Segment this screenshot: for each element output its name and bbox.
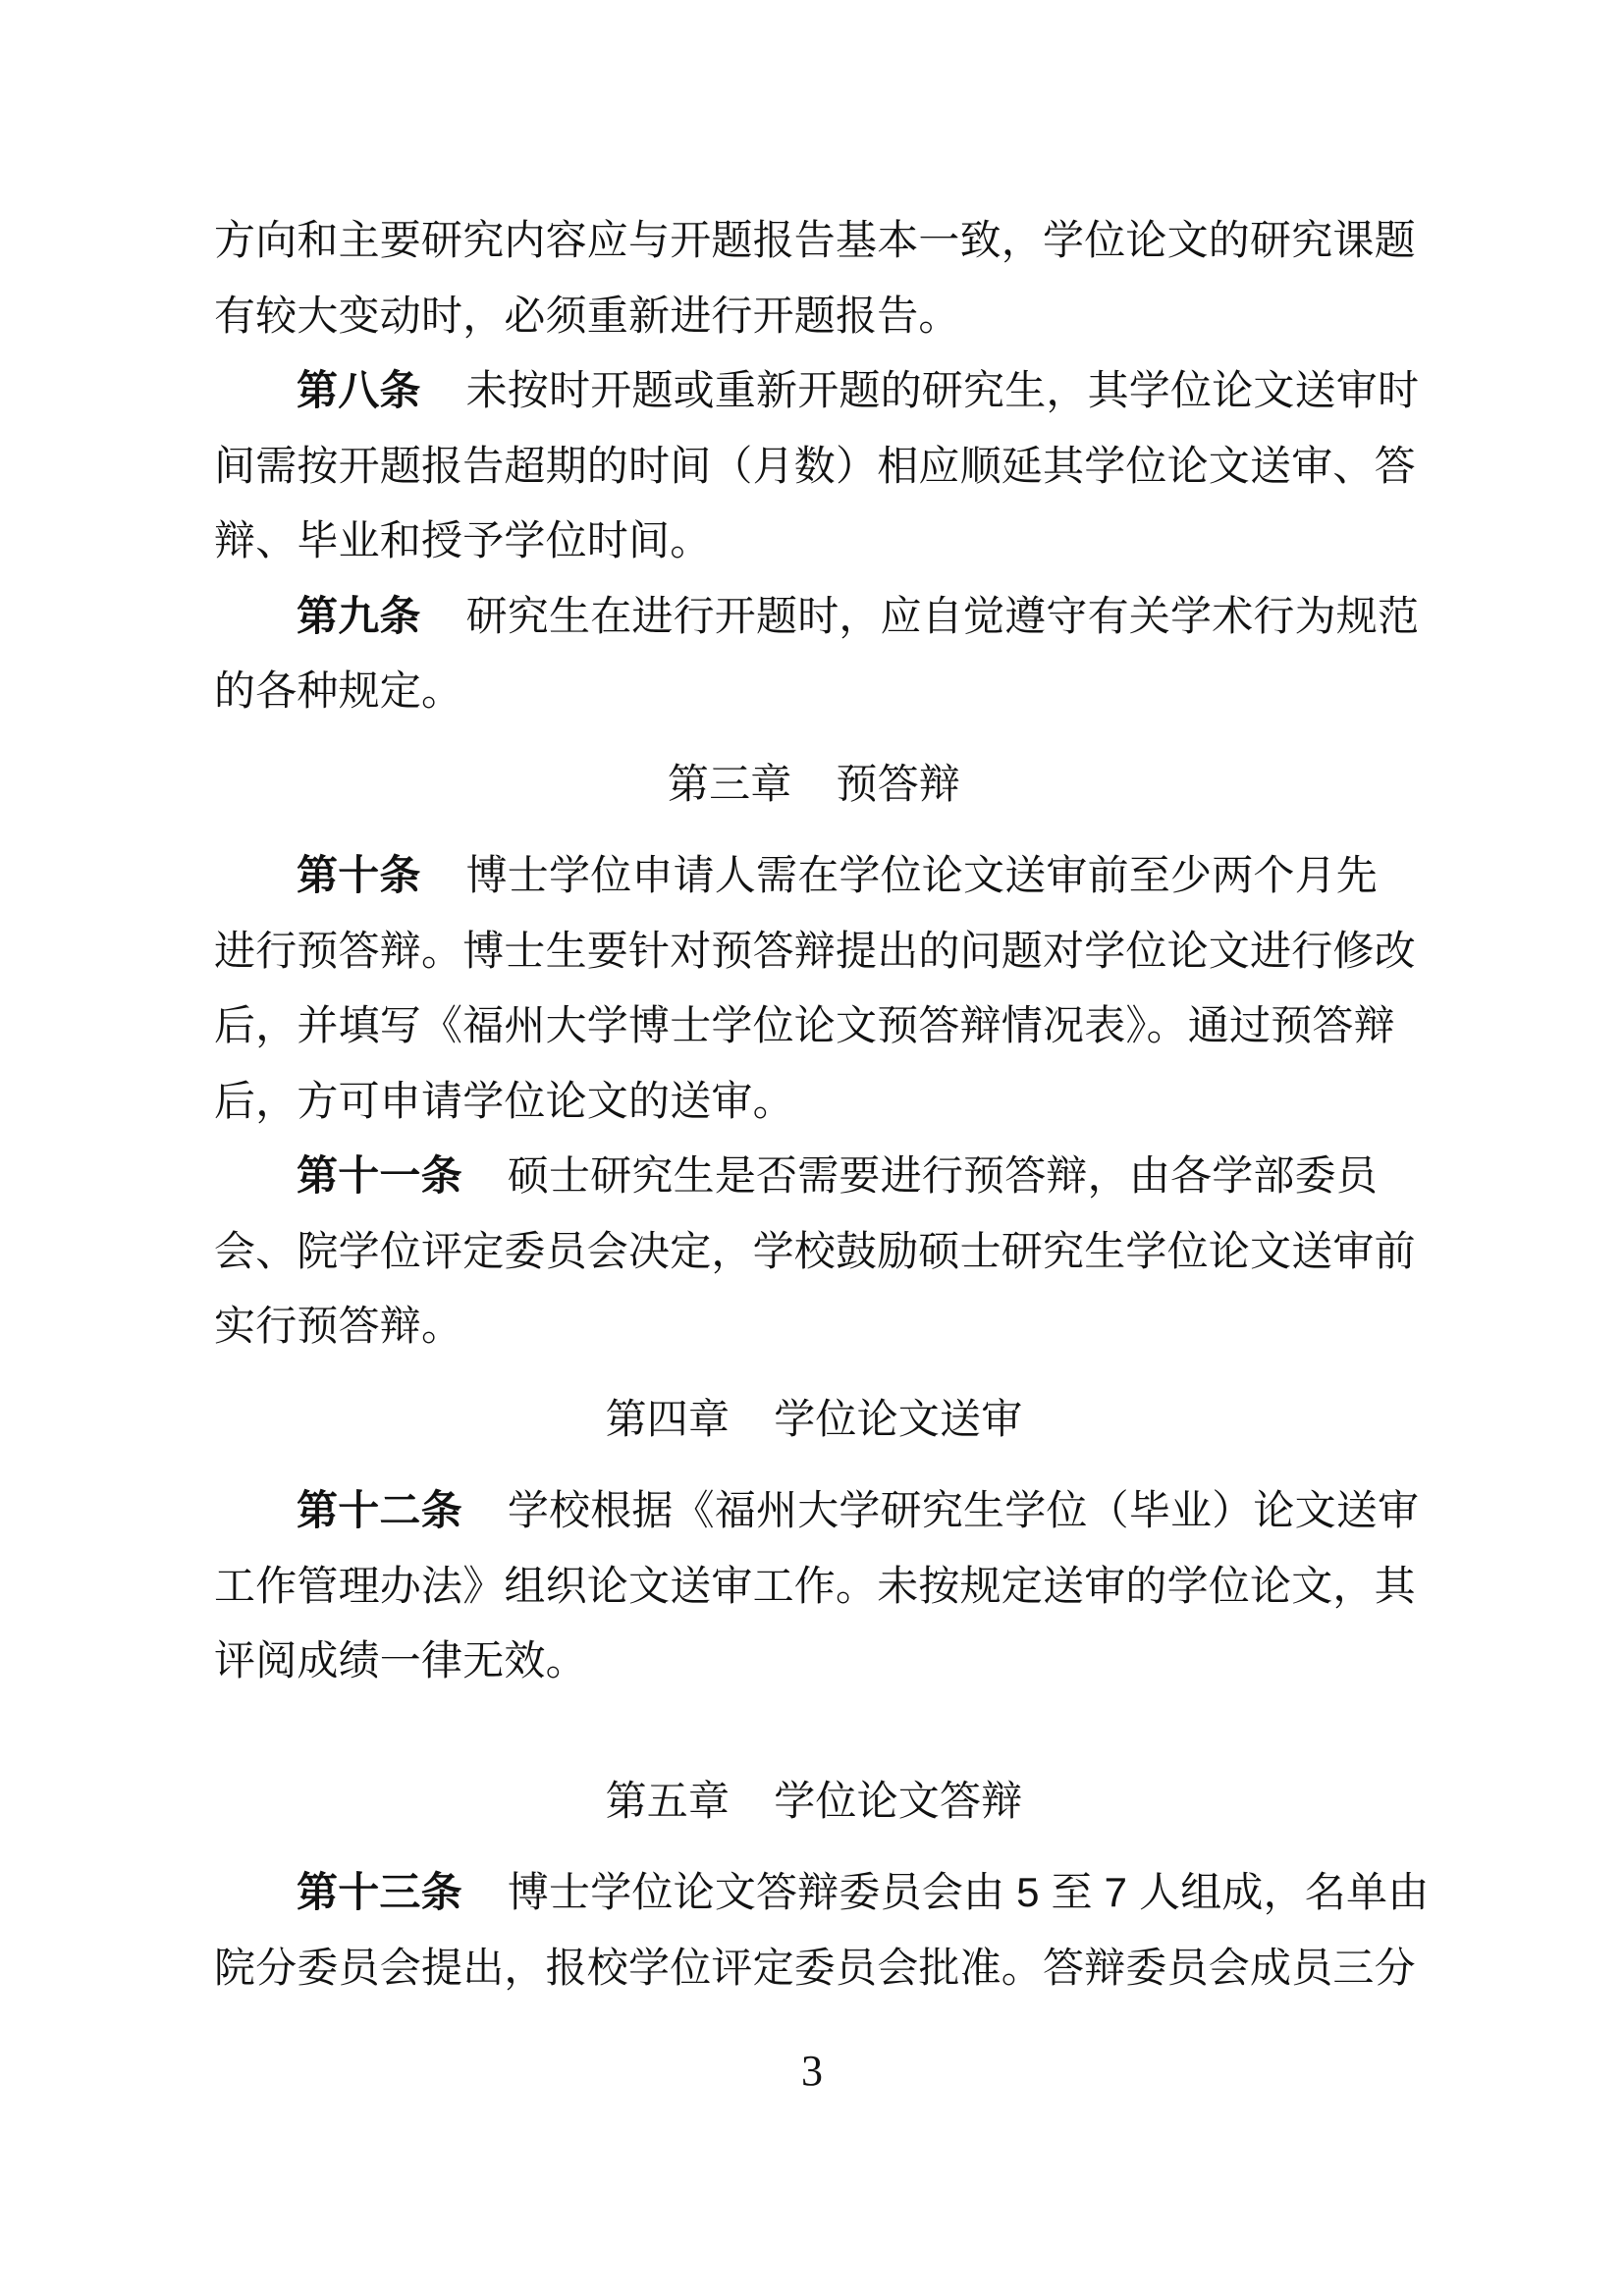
body-line: 院分委员会提出，报校学位评定委员会批准。答辩委员会成员三分: [214, 1931, 1414, 2006]
article-line-8: 第八条未按时开题或重新开题的研究生，其学位论文送审时: [214, 353, 1414, 429]
article-line-9: 第九条研究生在进行开题时，应自觉遵守有关学术行为规范: [214, 579, 1414, 655]
chapter-heading-4: 第四章学位论文送审: [214, 1382, 1414, 1458]
article-text: 博士学位论文答辩委员会由 5 至 7 人组成，名单由: [508, 1869, 1430, 1915]
article-number: 第九条: [297, 593, 421, 639]
article-number: 第十一条: [297, 1152, 462, 1199]
body-line: 辩、毕业和授予学位时间。: [214, 504, 1414, 579]
chapter-number: 第五章: [606, 1778, 731, 1824]
chapter-title: 学位论文送审: [774, 1396, 1022, 1442]
body-line: 方向和主要研究内容应与开题报告基本一致，学位论文的研究课题: [214, 203, 1414, 279]
chapter-title: 学位论文答辩: [774, 1778, 1022, 1824]
body-line: 工作管理办法》组织论文送审工作。未按规定送审的学位论文，其: [214, 1549, 1414, 1625]
article-number: 第八条: [297, 367, 421, 413]
article-number: 第十二条: [297, 1487, 462, 1533]
article-text: 研究生在进行开题时，应自觉遵守有关学术行为规范: [466, 593, 1420, 639]
article-line-12: 第十二条学校根据《福州大学研究生学位（毕业）论文送审: [214, 1473, 1414, 1549]
body-line: 会、院学位评定委员会决定，学校鼓励硕士研究生学位论文送审前: [214, 1214, 1414, 1290]
article-line-11: 第十一条硕士研究生是否需要进行预答辩，由各学部委员: [214, 1139, 1414, 1214]
chapter-heading-5: 第五章学位论文答辩: [214, 1764, 1414, 1840]
article-text: 博士学位申请人需在学位论文送审前至少两个月先: [466, 852, 1378, 898]
document-body: 方向和主要研究内容应与开题报告基本一致，学位论文的研究课题 有较大变动时，必须重…: [214, 203, 1414, 2005]
article-number: 第十条: [297, 852, 421, 898]
article-text: 未按时开题或重新开题的研究生，其学位论文送审时: [466, 367, 1420, 413]
body-line: 实行预答辩。: [214, 1289, 1414, 1364]
body-line: 后，方可申请学位论文的送审。: [214, 1064, 1414, 1140]
chapter-number: 第三章: [668, 761, 792, 807]
chapter-number: 第四章: [606, 1396, 731, 1442]
chapter-heading-3: 第三章预答辩: [214, 747, 1414, 823]
body-line: 有较大变动时，必须重新进行开题报告。: [214, 279, 1414, 354]
body-line: 评阅成绩一律无效。: [214, 1624, 1414, 1699]
article-text: 学校根据《福州大学研究生学位（毕业）论文送审: [508, 1487, 1419, 1533]
body-line: 进行预答辩。博士生要针对预答辩提出的问题对学位论文进行修改: [214, 914, 1414, 989]
chapter-title: 预答辩: [837, 761, 961, 807]
body-line: 后，并填写《福州大学博士学位论文预答辩情况表》。通过预答辩: [214, 988, 1414, 1064]
article-number: 第十三条: [297, 1869, 462, 1915]
article-line-13: 第十三条博士学位论文答辩委员会由 5 至 7 人组成，名单由: [214, 1855, 1414, 1931]
article-line-10: 第十条博士学位申请人需在学位论文送审前至少两个月先: [214, 838, 1414, 914]
body-line: 的各种规定。: [214, 654, 1414, 729]
article-text: 硕士研究生是否需要进行预答辩，由各学部委员: [508, 1152, 1378, 1199]
body-line: 间需按开题报告超期的时间（月数）相应顺延其学位论文送审、答: [214, 429, 1414, 505]
document-page: 方向和主要研究内容应与开题报告基本一致，学位论文的研究课题 有较大变动时，必须重…: [0, 0, 1624, 2296]
page-number: 3: [0, 2050, 1624, 2093]
